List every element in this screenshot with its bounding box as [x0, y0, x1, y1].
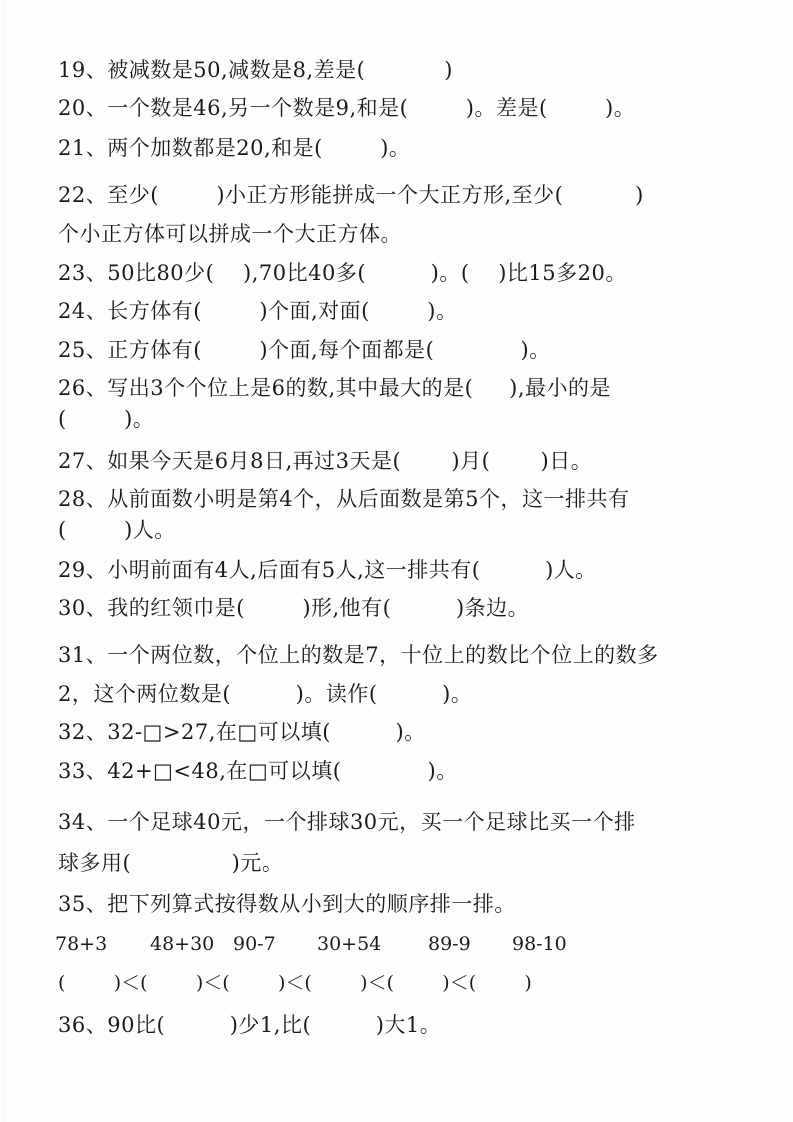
- question-23: 23、50比80少( ),70比40多( )。( )比15多20。: [58, 259, 627, 287]
- question-26-line-2: ( )。: [58, 405, 154, 433]
- question-36: 36、90比( )少1,比( )大1。: [58, 1011, 441, 1039]
- question-22-line-2: 个小正方体可以拼成一个大正方体。: [58, 220, 402, 248]
- question-32: 32、32-□>27,在□可以填( )。: [58, 718, 426, 746]
- question-28-line-1: 28、从前面数小明是第4个，从后面数是第5个，这一排共有: [58, 485, 629, 513]
- question-35: 35、把下列算式按得数从小到大的顺序排一排。: [58, 890, 516, 918]
- expression-4: 30+54: [317, 931, 381, 957]
- question-31-line-2: 2，这个两位数是( )。读作( )。: [58, 680, 472, 708]
- page-edge: [4, 0, 5, 1122]
- expression-5: 89-9: [428, 931, 471, 957]
- expression-6: 98-10: [512, 931, 567, 957]
- question-34-line-1: 34、一个足球40元，一个排球30元，买一个足球比买一个排: [58, 808, 636, 836]
- question-27: 27、如果今天是6月8日,再过3天是( )月( )日。: [58, 447, 592, 475]
- question-25: 25、正方体有( )个面,每个面都是( )。: [58, 336, 551, 364]
- question-19: 19、被减数是50,减数是8,差是( ): [58, 56, 453, 84]
- expression-3: 90-7: [233, 931, 276, 957]
- question-20: 20、一个数是46,另一个数是9,和是( )。差是( )。: [58, 94, 635, 122]
- expression-1: 78+3: [55, 931, 107, 957]
- q35-ordering-blanks: ( )＜( )＜( )＜( )＜( )＜( ): [58, 970, 532, 996]
- question-30: 30、我的红领巾是( )形,他有( )条边。: [58, 594, 529, 622]
- question-29: 29、小明前面有4人,后面有5人,这一排共有( )人。: [58, 556, 597, 584]
- question-22-line-1: 22、至少( )小正方形能拼成一个大正方形,至少( ): [58, 181, 644, 209]
- question-21: 21、两个加数都是20,和是( )。: [58, 134, 410, 162]
- expression-2: 48+30: [150, 931, 214, 957]
- question-34-line-2: 球多用( )元。: [58, 849, 283, 877]
- question-33: 33、42+□<48,在□可以填( )。: [58, 757, 458, 785]
- question-28-line-2: ( )人。: [58, 516, 176, 544]
- question-31-line-1: 31、一个两位数，个位上的数是7，十位上的数比个位上的数多: [58, 641, 659, 669]
- question-26-line-1: 26、写出3个个位上是6的数,其中最大的是( ),最小的是: [58, 374, 611, 402]
- question-24: 24、长方体有( )个面,对面( )。: [58, 297, 457, 325]
